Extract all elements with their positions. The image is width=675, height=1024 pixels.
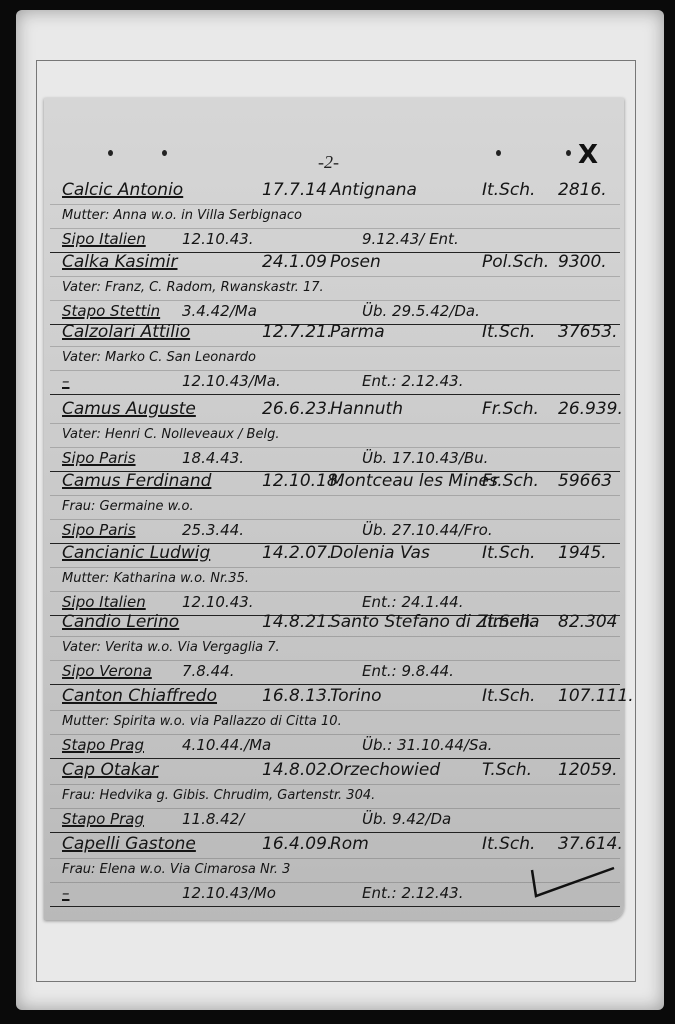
person-name: Capelli Gastone bbox=[62, 834, 196, 854]
arrival-date: 7.8.44. bbox=[182, 662, 234, 680]
arresting-office: Sipo Italien bbox=[62, 593, 146, 611]
ruled-line bbox=[50, 784, 620, 785]
birth-place: Montceau les Mines bbox=[330, 471, 498, 491]
ruled-line bbox=[50, 567, 620, 568]
ruled-line bbox=[50, 808, 620, 809]
ruled-line bbox=[50, 710, 620, 711]
birth-place: Rom bbox=[330, 834, 369, 854]
prisoner-category: It.Sch. bbox=[482, 612, 535, 632]
ruled-line bbox=[50, 204, 620, 205]
birth-date: 16.8.13. bbox=[262, 686, 332, 706]
prisoner-number: 12059. bbox=[558, 760, 617, 780]
person-name: Camus Auguste bbox=[62, 399, 196, 419]
prisoner-number: 26.939. bbox=[558, 399, 623, 419]
person-name: Cancianic Ludwig bbox=[62, 543, 210, 563]
birth-place: Torino bbox=[330, 686, 382, 706]
birth-date: 17.7.14 bbox=[262, 180, 327, 200]
arrival-date: 12.10.43/Ma. bbox=[182, 372, 281, 390]
birth-place: Dolenia Vas bbox=[330, 543, 430, 563]
person-name: Candio Lerino bbox=[62, 612, 179, 632]
arrival-date: 3.4.42/Ma bbox=[182, 302, 257, 320]
outcome: Üb. 17.10.43/Bu. bbox=[362, 449, 488, 467]
arresting-office: Stapo Prag bbox=[62, 810, 144, 828]
prisoner-number: 2816. bbox=[558, 180, 607, 200]
person-name: Calzolari Attilio bbox=[62, 322, 190, 342]
birth-date: 24.1.09 bbox=[262, 252, 327, 272]
punch-hole bbox=[566, 150, 571, 156]
ruled-line bbox=[50, 858, 620, 859]
ruled-line bbox=[50, 758, 620, 759]
prisoner-category: It.Sch. bbox=[482, 686, 535, 706]
prisoner-category: It.Sch. bbox=[482, 543, 535, 563]
arresting-office: Sipo Verona bbox=[62, 662, 152, 680]
relative-info: Vater: Marko C. San Leonardo bbox=[62, 350, 256, 365]
prisoner-category: T.Sch. bbox=[482, 760, 532, 780]
ruled-line bbox=[50, 346, 620, 347]
checkmark-icon bbox=[528, 862, 618, 902]
ruled-line bbox=[50, 276, 620, 277]
relative-info: Vater: Franz, C. Radom, Rwanskastr. 17. bbox=[62, 280, 324, 295]
outcome: Üb. 9.42/Da bbox=[362, 810, 451, 828]
person-name: Calka Kasimir bbox=[62, 252, 178, 272]
ruled-line bbox=[50, 734, 620, 735]
ruled-line bbox=[50, 684, 620, 685]
birth-date: 14.8.21. bbox=[262, 612, 332, 632]
outcome: 9.12.43/ Ent. bbox=[362, 230, 459, 248]
birth-date: 12.7.21. bbox=[262, 322, 332, 342]
ruled-line bbox=[50, 394, 620, 395]
arrival-date: 12.10.43/Mo bbox=[182, 884, 276, 902]
relative-info: Vater: Henri C. Nolleveaux / Belg. bbox=[62, 427, 279, 442]
ruled-line bbox=[50, 519, 620, 520]
birth-place: Parma bbox=[330, 322, 385, 342]
birth-place: Orzechowied bbox=[330, 760, 440, 780]
punch-hole bbox=[108, 150, 113, 156]
arrival-date: 18.4.43. bbox=[182, 449, 244, 467]
ruled-line bbox=[50, 423, 620, 424]
outcome: Ent.: 2.12.43. bbox=[362, 372, 463, 390]
arresting-office: Stapo Stettin bbox=[62, 302, 160, 320]
birth-date: 16.4.09. bbox=[262, 834, 332, 854]
x-mark-icon: X bbox=[578, 140, 598, 170]
birth-date: 26.6.23. bbox=[262, 399, 332, 419]
prisoner-number: 82.304 bbox=[558, 612, 617, 632]
arresting-office: Sipo Italien bbox=[62, 230, 146, 248]
arresting-office: Sipo Paris bbox=[62, 521, 136, 539]
birth-date: 14.8.02. bbox=[262, 760, 332, 780]
outcome: Üb.: 31.10.44/Sa. bbox=[362, 736, 492, 754]
prisoner-category: It.Sch. bbox=[482, 322, 535, 342]
arrival-date: 4.10.44./Ma bbox=[182, 736, 271, 754]
birth-place: Antignana bbox=[330, 180, 417, 200]
outcome: Üb. 29.5.42/Da. bbox=[362, 302, 480, 320]
prisoner-number: 59663 bbox=[558, 471, 612, 491]
outcome: Ent.: 9.8.44. bbox=[362, 662, 454, 680]
outcome: Ent.: 2.12.43. bbox=[362, 884, 463, 902]
relative-info: Mutter: Katharina w.o. Nr.35. bbox=[62, 571, 249, 586]
relative-info: Frau: Germaine w.o. bbox=[62, 499, 194, 514]
arrival-date: 25.3.44. bbox=[182, 521, 244, 539]
relative-info: Mutter: Anna w.o. in Villa Serbignaco bbox=[62, 208, 302, 223]
arresting-office: – bbox=[62, 884, 70, 902]
prisoner-number: 37.614. bbox=[558, 834, 623, 854]
outcome: Ent.: 24.1.44. bbox=[362, 593, 463, 611]
birth-date: 14.2.07. bbox=[262, 543, 332, 563]
arresting-office: Sipo Paris bbox=[62, 449, 136, 467]
ruled-line bbox=[50, 228, 620, 229]
ruled-line bbox=[50, 495, 620, 496]
person-name: Cap Otakar bbox=[62, 760, 158, 780]
person-name: Camus Ferdinand bbox=[62, 471, 211, 491]
ruled-line bbox=[50, 832, 620, 833]
relative-info: Frau: Elena w.o. Via Cimarosa Nr. 3 bbox=[62, 862, 290, 877]
person-name: Canton Chiaffredo bbox=[62, 686, 217, 706]
ruled-line bbox=[50, 370, 620, 371]
page-number: -2- bbox=[318, 152, 339, 173]
ruled-line bbox=[50, 591, 620, 592]
ruled-line bbox=[50, 447, 620, 448]
relative-info: Vater: Verita w.o. Via Vergaglia 7. bbox=[62, 640, 280, 655]
punch-hole bbox=[162, 150, 167, 156]
prisoner-number: 37653. bbox=[558, 322, 617, 342]
prisoner-number: 107.111. bbox=[558, 686, 634, 706]
birth-place: Hannuth bbox=[330, 399, 403, 419]
prisoner-category: Fr.Sch. bbox=[482, 399, 539, 419]
birth-place: Posen bbox=[330, 252, 381, 272]
arrival-date: 11.8.42/ bbox=[182, 810, 244, 828]
prisoner-category: It.Sch. bbox=[482, 834, 535, 854]
person-name: Calcic Antonio bbox=[62, 180, 183, 200]
outcome: Üb. 27.10.44/Fro. bbox=[362, 521, 493, 539]
ruled-line bbox=[50, 660, 620, 661]
ruled-line bbox=[50, 906, 620, 907]
arrival-date: 12.10.43. bbox=[182, 230, 254, 248]
arresting-office: Stapo Prag bbox=[62, 736, 144, 754]
arresting-office: – bbox=[62, 372, 70, 390]
prisoner-category: It.Sch. bbox=[482, 180, 535, 200]
prisoner-category: Fr.Sch. bbox=[482, 471, 539, 491]
prisoner-number: 1945. bbox=[558, 543, 607, 563]
ruled-line bbox=[50, 636, 620, 637]
arrival-date: 12.10.43. bbox=[182, 593, 254, 611]
relative-info: Mutter: Spirita w.o. via Pallazzo di Cit… bbox=[62, 714, 342, 729]
ruled-line bbox=[50, 300, 620, 301]
prisoner-number: 9300. bbox=[558, 252, 607, 272]
punch-hole bbox=[496, 150, 501, 156]
relative-info: Frau: Hedvika g. Gibis. Chrudim, Gartens… bbox=[62, 788, 375, 803]
prisoner-category: Pol.Sch. bbox=[482, 252, 549, 272]
